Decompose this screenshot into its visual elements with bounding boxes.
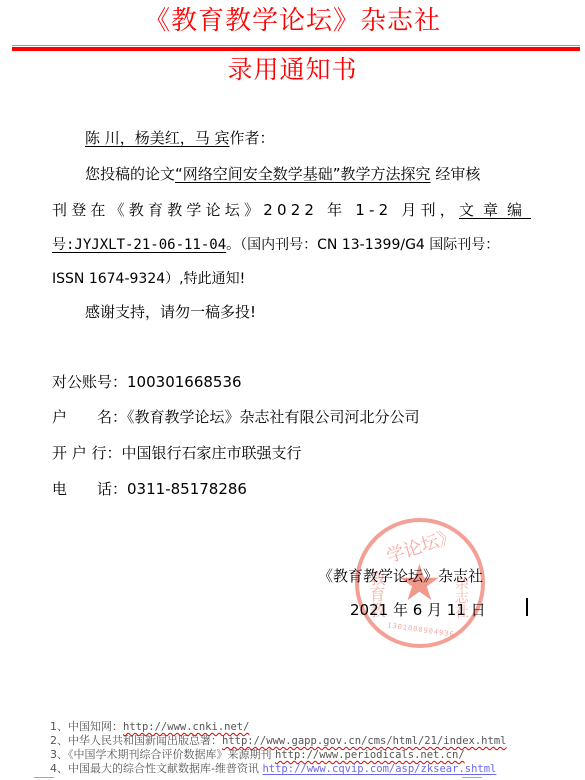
bank-value: 中国银行石家庄市联强支行 [122,444,302,462]
account-number-row: 对公账号：100301668536 [52,372,242,392]
phone-value: 0311-85178286 [127,480,247,498]
account-name-label-b: 名： [97,408,127,426]
footnote-url: http://www.gapp.gov.cn/cms/html/21/index… [222,735,506,747]
account-name-row: 户名：《教育教学论坛》杂志社有限公司河北分公司 [52,407,420,427]
footnotes: 1、中国知网：http://www.cnki.net/ 2、中华人民共和国新闻出… [50,720,506,776]
footnote-url: http://www.periodicals.net.cn/ [275,749,465,761]
account-name-label-a: 户 [52,407,97,427]
header-rule-thick [12,47,580,51]
account-number-label: 对公账号： [52,373,127,391]
authors-line: 陈 川，杨美红，马 宾作者： [85,128,275,148]
phone-label-b: 话： [97,480,127,498]
header-rule-thin [12,45,580,46]
notice-title: 录用通知书 [0,53,585,87]
footnote-4: 4、中国最大的综合性文献数据库-维普资讯 http://www.cqvip.co… [50,762,506,776]
thanks-line: 感谢支持，请勿一稿多投! [85,302,256,322]
article-no-label: 文章编 [459,201,531,219]
account-name-value: 《教育教学论坛》杂志社有限公司河北分公司 [127,408,420,426]
paragraph-line-1: 您投稿的论文“网络空间安全数学基础”教学方法探究 经审核 [85,164,480,184]
signature-org: 《教育教学论坛》杂志社 [318,566,483,586]
footnote-label: 4、中国最大的综合性文献数据库-维普资讯 [50,762,262,775]
p2-text: 刊登在《教育教学论坛》2022 年 1-2 月刊， [52,201,459,219]
journal-numbers: 。（国内刊号：CN 13-1399/G4 国际刊号： [226,237,499,253]
bank-row: 开 户 行：中国银行石家庄市联强支行 [52,443,302,463]
account-number-value: 100301668536 [127,373,242,391]
p1-suffix: 经审核 [435,165,480,183]
footnote-label: 1、中国知网： [50,720,123,733]
seal-number: 1301000904936 [387,621,455,638]
bank-label: 开 户 行： [52,444,122,462]
text-cursor [526,598,528,616]
signature-date: 2021 年 6 月 11 日 [350,600,486,620]
footnote-label: 3、《中国学术期刊综合评价数据库》来源期刊 [50,748,275,761]
footnote-label: 2、中华人民共和国新闻出版总署： [50,734,222,747]
thanks-text: 感谢支持，请勿一稿多投! [85,303,256,321]
document-page: 《教育教学论坛》杂志社 录用通知书 陈 川，杨美红，马 宾作者： 您投稿的论文“… [0,0,585,780]
footnote-link[interactable]: http://www.cqvip.com/asp/zksear.shtml [262,763,496,775]
issn-text: ISSN 1674-9324）,特此通知! [52,271,245,287]
paragraph-line-4: ISSN 1674-9324）,特此通知! [52,268,245,289]
authors-suffix: 作者： [230,129,275,147]
authors: 陈 川，杨美红，马 宾 [85,129,230,147]
footnote-1: 1、中国知网：http://www.cnki.net/ [50,720,506,734]
article-number: 号:JYJXLT-21-06-11-04 [52,237,226,253]
footnote-3: 3、《中国学术期刊综合评价数据库》来源期刊 http://www.periodi… [50,748,506,762]
paper-title: “网络空间安全数学基础”教学方法探究 [175,165,431,183]
publisher-title: 《教育教学论坛》杂志社 [0,4,585,38]
page-corner-mark-left [34,777,54,778]
p1-prefix: 您投稿的论文 [85,165,175,183]
phone-label-a: 电 [52,479,97,499]
paragraph-line-3: 号:JYJXLT-21-06-11-04。（国内刊号：CN 13-1399/G4… [52,234,499,255]
phone-row: 电话：0311-85178286 [52,479,247,499]
page-corner-mark-right [462,777,482,778]
footnote-2: 2、中华人民共和国新闻出版总署：http://www.gapp.gov.cn/c… [50,734,506,748]
paragraph-line-2: 刊登在《教育教学论坛》2022 年 1-2 月刊，文章编 [52,200,531,220]
footnote-url: http://www.cnki.net/ [123,721,249,733]
